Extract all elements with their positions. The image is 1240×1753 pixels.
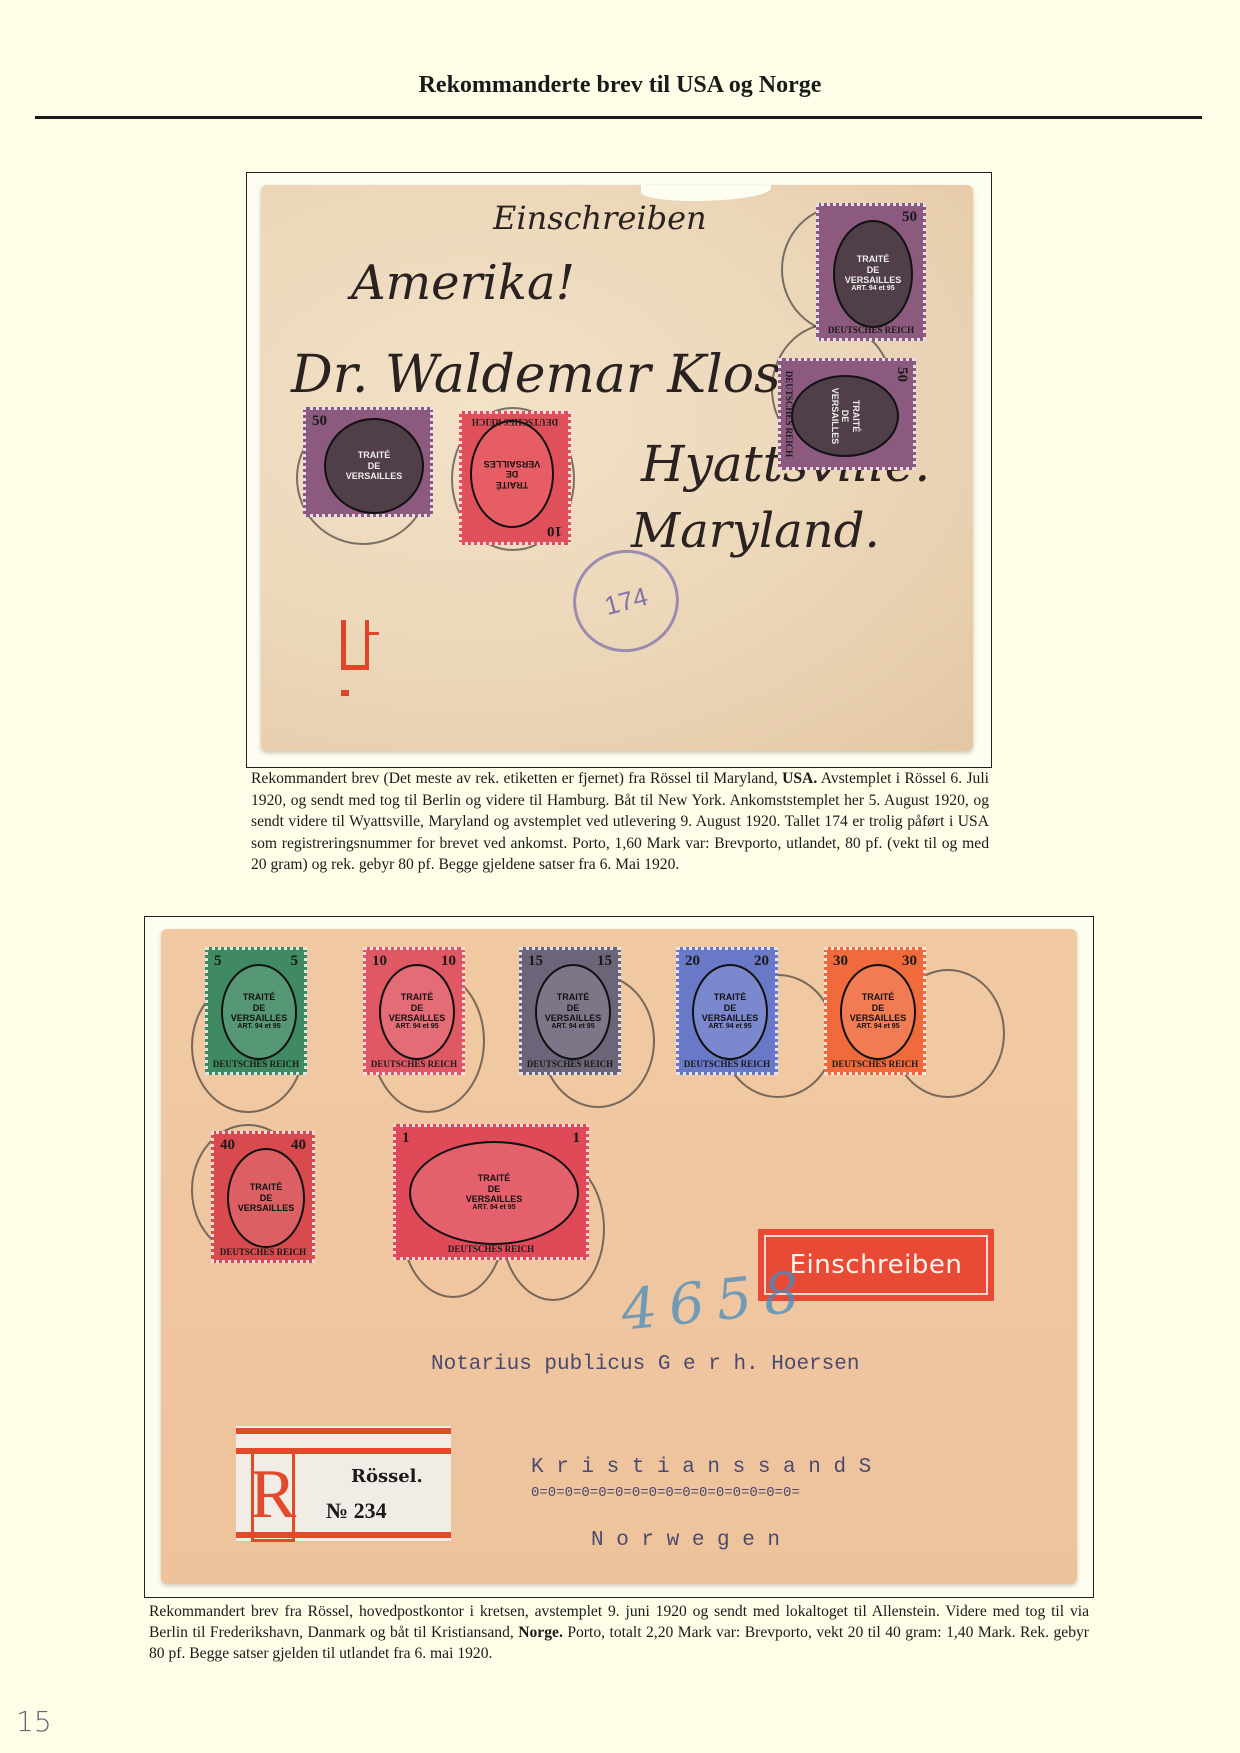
stamp-50pf: 50 TRAITÉDEVERSAILLES: [303, 407, 433, 517]
registration-number: № 234: [326, 1498, 387, 1524]
registration-label-remnant: [341, 620, 381, 700]
caption-usa: Rekommandert brev (Det meste av rek. eti…: [251, 768, 989, 876]
country-line: N o r w e g e n: [591, 1529, 780, 1552]
handwriting-state: Maryland.: [631, 503, 880, 559]
registration-label: R Rössel. № 234: [236, 1426, 451, 1541]
page-number: 15: [16, 1705, 52, 1738]
registration-office: Rössel.: [351, 1466, 423, 1487]
envelope-usa: Einschreiben Amerika! Dr. Waldemar Kloss…: [261, 185, 973, 751]
city-underline: 0=0=0=0=0=0=0=0=0=0=0=0=0=0=0=0=: [531, 1485, 800, 1501]
stamp-30: 3030TRAITÉDEVERSAILLESART. 94 et 95DEUTS…: [824, 947, 926, 1075]
title-divider: [35, 116, 1202, 119]
handwritten-blue-number: 4658: [618, 1259, 814, 1344]
stamp-40: 4040TRAITÉDEVERSAILLESDEUTSCHES REICH: [211, 1131, 315, 1263]
registration-r-letter: R: [251, 1448, 295, 1542]
cover-photo-usa: Einschreiben Amerika! Dr. Waldemar Kloss…: [246, 172, 992, 768]
stamp-15: 1515TRAITÉDEVERSAILLESART. 94 et 95DEUTS…: [519, 947, 621, 1075]
cover-photo-norway: 55TRAITÉDEVERSAILLESART. 94 et 95DEUTSCH…: [144, 916, 1094, 1598]
handwriting-addressee: Dr. Waldemar Kloss: [291, 345, 807, 405]
envelope-norway: 55TRAITÉDEVERSAILLESART. 94 et 95DEUTSCH…: [161, 929, 1077, 1584]
caption-norway: Rekommandert brev fra Rössel, hovedpostk…: [149, 1601, 1089, 1664]
page-title: Rekommanderte brev til USA og Norge: [0, 72, 1240, 99]
stamp-50pf: 50 TRAITÉDEVERSAILLESART. 94 et 95 DEUTS…: [816, 203, 926, 341]
handwriting-amerika: Amerika!: [351, 255, 575, 311]
stamp-1: 11TRAITÉDEVERSAILLESART. 94 et 95DEUTSCH…: [393, 1124, 589, 1260]
stamp-10: 1010TRAITÉDEVERSAILLESART. 94 et 95DEUTS…: [363, 947, 465, 1075]
city-line: K r i s t i a n s s a n d S: [531, 1456, 871, 1479]
stamp-50pf: 50 TRAITÉDEVERSAILLES DEUTSCHES REICH: [778, 358, 916, 470]
addressee-line: Notarius publicus G e r h. Hoersen: [431, 1353, 859, 1376]
handwriting-einschreiben: Einschreiben: [493, 199, 707, 237]
stamp-5: 55TRAITÉDEVERSAILLESART. 94 et 95DEUTSCH…: [205, 947, 307, 1075]
stamp-20: 2020TRAITÉDEVERSAILLESART. 94 et 95DEUTS…: [676, 947, 778, 1075]
stamp-10pf: 10 TRAITÉDEVERSAILLES DEUTSCHES REICH: [459, 411, 571, 545]
